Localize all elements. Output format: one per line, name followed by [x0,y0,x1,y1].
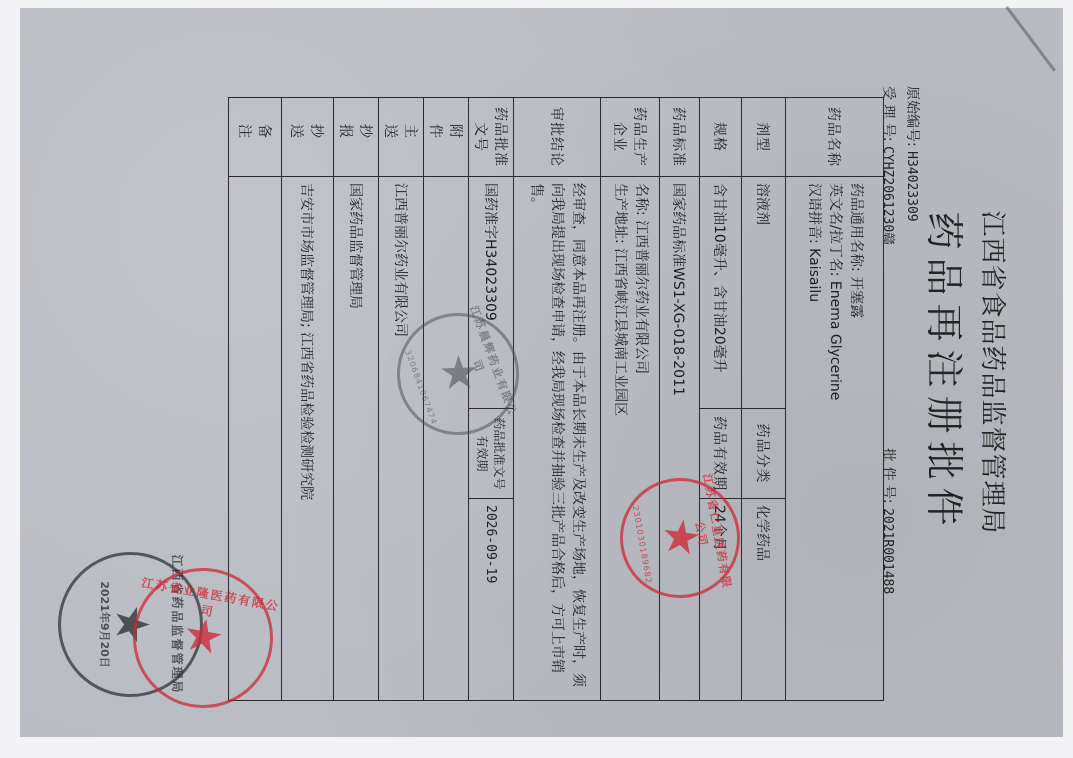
manufacturer-value: 名称: 江西普丽尔药业有限公司 生产地址: 江西省峡江县城南工业园区 [601,177,660,701]
manufacturer-name: 名称: 江西普丽尔药业有限公司 [630,183,651,694]
main-recipient-label: 主 送 [379,98,424,177]
seal-text: 江西省药品监督管理局 [169,552,186,697]
table-row-standard: 药品标准 国家药品标准WS1-XG-018-2011 [660,98,700,701]
drug-name-value: 药品通用名称: 开塞露 英文名/拉丁名: Enema Glycerine 汉语拼… [786,177,884,701]
copy-to-label: 抄 送 [282,98,334,177]
table-row-specification: 规格 含甘油10毫升、含甘油20毫升 药品有效期 24个月 [700,98,742,701]
seal-ring [58,552,203,697]
attachment-label: 附 件 [424,98,469,177]
report-to-label: 抄 报 [334,98,379,177]
pinyin-name: 汉语拼音: Kaisailu [803,183,824,694]
attachment-value [424,177,469,701]
table-row-dosage-form: 剂型 溶液剂 药品分类 化学药品 [742,98,786,701]
issuer-heading: 江西省食品药品监督管理局 [976,8,1013,737]
specification-value: 含甘油10毫升、含甘油20毫升 [700,177,742,409]
dosage-form-value: 溶液剂 [742,177,786,409]
remarks-value [229,177,282,701]
original-number-value: H34023309 [904,151,919,221]
approval-doc-value: 国药准字H34023309 [469,177,514,409]
drug-name-label: 药品名称 [786,98,884,177]
approval-doc-validity-value: 2026-09-19 [469,499,514,701]
english-name: 英文名/拉丁名: Enema Glycerine [824,183,845,694]
official-seal: 江西省药品监督管理局 ★ 2021年9月20日 [58,552,203,697]
category-value: 化学药品 [742,499,786,701]
seal-date: 2021年9月20日 [97,552,113,697]
star-icon: ★ [179,610,228,662]
main-recipient-value: 江西普丽尔药业有限公司 [379,177,424,701]
copy-to-value: 吉安市市场监督管理局; 江西省药品检验检测研究院 [282,177,334,701]
dosage-form-label: 剂型 [742,98,786,177]
manufacturer-address: 生产地址: 江西省峡江县城南工业园区 [609,183,630,694]
table-row-approval-doc: 药品批准文号 国药准字H34023309 药品批准文号有效期 2026-09-1… [469,98,514,701]
table-row-attachment: 附 件 [424,98,469,701]
standard-label: 药品标准 [660,98,700,177]
star-icon: ★ [110,604,156,645]
original-number-label: 原始编号: [904,86,920,147]
table-row-report-to: 抄 报 国家药品监督管理局 [334,98,379,701]
specification-label: 规格 [700,98,742,177]
original-number: 原始编号: H34023309 [903,86,923,222]
validity-label: 药品有效期 [700,409,742,499]
manufacturer-label: 药品生产企业 [601,98,660,177]
table-row-copy-to: 抄 送 吉安市市场监督管理局; 江西省药品检验检测研究院 [282,98,334,701]
document-title: 药品再注册批件 [920,8,975,737]
approval-document: 江西省食品药品监督管理局 药品再注册批件 原始编号: H34023309 受 理… [20,8,1063,737]
table-row-remarks: 备 注 [229,98,282,701]
approval-doc-label: 药品批准文号 [469,98,514,177]
report-to-value: 国家药品监督管理局 [334,177,379,701]
category-label: 药品分类 [742,409,786,499]
conclusion-label: 审批结论 [514,98,601,177]
validity-value: 24个月 [700,499,742,701]
table-row-conclusion: 审批结论 经审查，同意本品再注册。由于本品长期未生产及改变生产场地，恢复生产时，… [514,98,601,701]
conclusion-value: 经审查，同意本品再注册。由于本品长期未生产及改变生产场地，恢复生产时，须向我局提… [514,177,601,701]
approval-doc-validity-label: 药品批准文号有效期 [469,409,514,499]
generic-name: 药品通用名称: 开塞露 [845,183,866,694]
remarks-label: 备 注 [229,98,282,177]
table-row-manufacturer: 药品生产企业 名称: 江西普丽尔药业有限公司 生产地址: 江西省峡江县城南工业园… [601,98,660,701]
table-row-main-recipient: 主 送 江西普丽尔药业有限公司 [379,98,424,701]
table-row-drug-name: 药品名称 药品通用名称: 开塞露 英文名/拉丁名: Enema Glycerin… [786,98,884,701]
standard-value: 国家药品标准WS1-XG-018-2011 [660,177,700,701]
approval-table: 药品名称 药品通用名称: 开塞露 英文名/拉丁名: Enema Glycerin… [228,97,884,701]
